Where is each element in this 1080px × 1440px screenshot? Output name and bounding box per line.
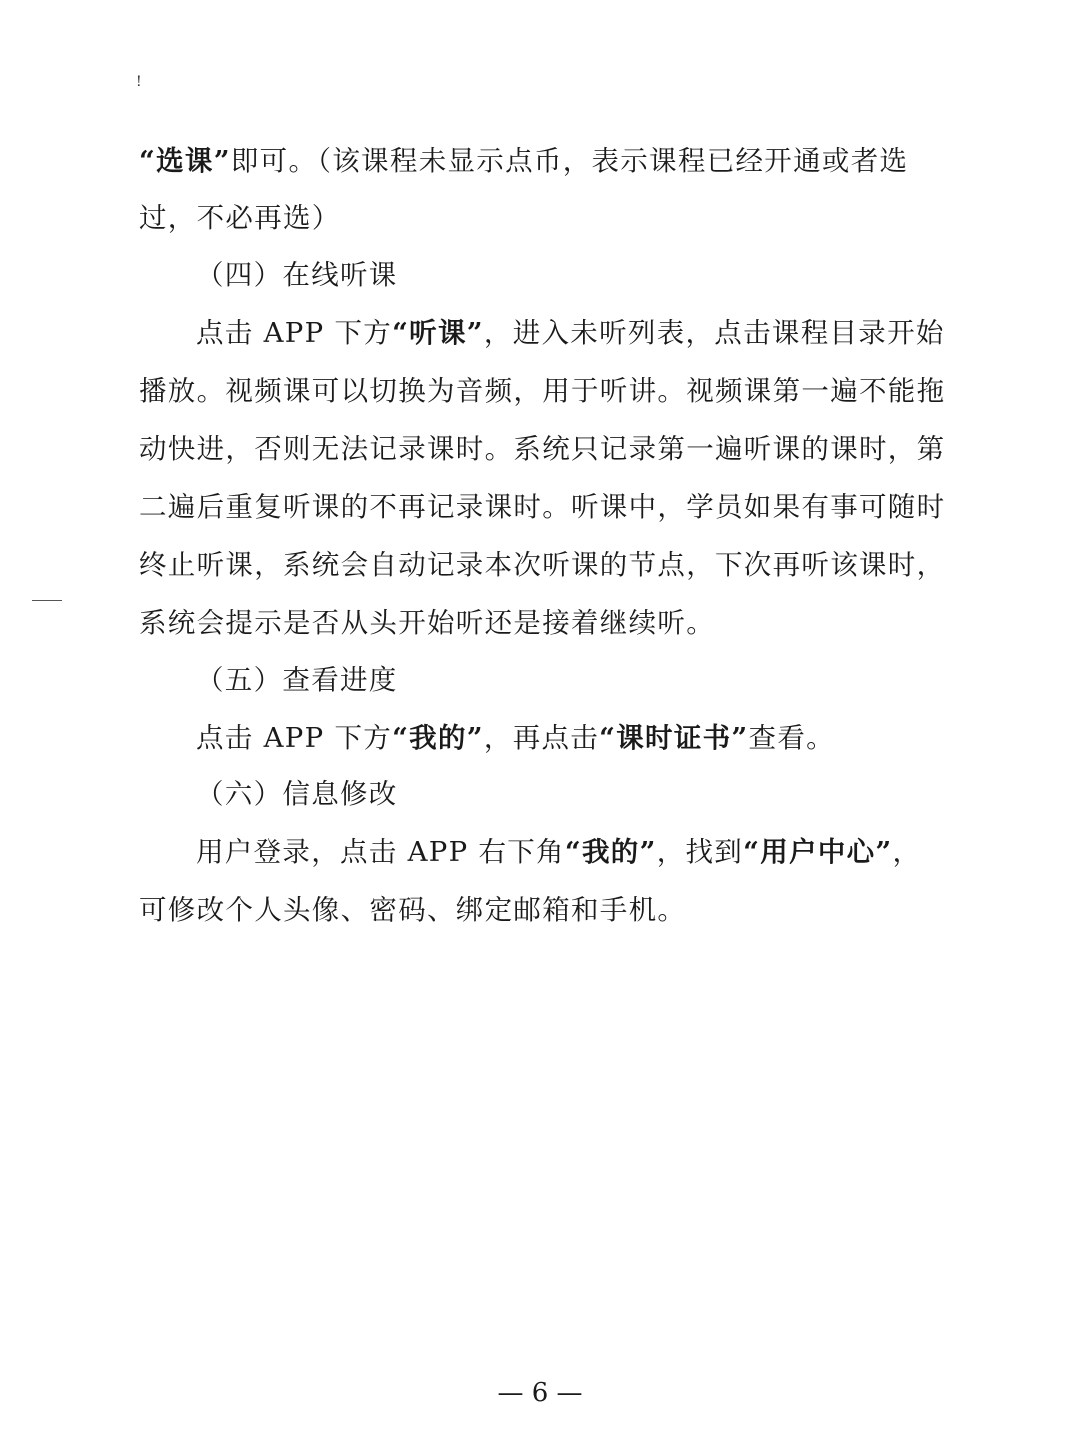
- bold-term-certificate: “课时证书”: [599, 722, 748, 754]
- section4-paragraph-line-6: 系统会提示是否从头开始听还是接着继续听。: [139, 603, 939, 643]
- section-heading-4: （四）在线听课: [196, 255, 996, 295]
- section-heading-6: （六）信息修改: [196, 774, 996, 814]
- section6-paragraph-line-1: 用户登录，点击 APP 右下角“我的”，找到“用户中心”，: [196, 832, 996, 872]
- continuation-line-1: “选课”即可。（该课程未显示点币，表示课程已经开通或者选: [139, 141, 939, 181]
- text: ，找到: [657, 836, 743, 868]
- section4-paragraph-line-1: 点击 APP 下方“听课”，进入未听列表，点击课程目录开始: [196, 313, 996, 353]
- text: 点击 APP 下方: [196, 722, 392, 754]
- document-page: ! “选课”即可。（该课程未显示点币，表示课程已经开通或者选 过，不必再选） （…: [0, 0, 1080, 1440]
- continuation-text: 即可。（该课程未显示点币，表示课程已经开通或者选: [231, 145, 908, 177]
- text: ，再点击: [484, 722, 599, 754]
- bold-term-select-course: 选课: [156, 145, 214, 177]
- stray-scan-mark: !: [136, 74, 142, 90]
- continuation-line-2: 过，不必再选）: [139, 198, 939, 238]
- bold-term-user-center: “用户中心”: [743, 836, 892, 868]
- quote-close: ”: [214, 145, 231, 177]
- text: 查看。: [749, 722, 835, 754]
- section-heading-5: （五）查看进度: [196, 660, 996, 700]
- text: ，进入未听列表，点击课程目录开始: [484, 317, 945, 349]
- bold-term-mine: “我的”: [565, 836, 657, 868]
- section4-paragraph-line-2: 播放。视频课可以切换为音频，用于听讲。视频课第一遍不能拖: [139, 371, 939, 411]
- section4-paragraph-line-4: 二遍后重复听课的不再记录课时。听课中，学员如果有事可随时: [139, 487, 939, 527]
- text: 用户登录，点击 APP 右下角: [196, 836, 565, 868]
- text: ，: [893, 836, 922, 868]
- section4-paragraph-line-3: 动快进，否则无法记录课时。系统只记录第一遍听课的课时，第: [139, 429, 939, 469]
- section4-paragraph-line-5: 终止听课，系统会自动记录本次听课的节点，下次再听该课时，: [139, 545, 939, 585]
- quote-open: “: [139, 145, 156, 177]
- scan-artifact-dash: [32, 600, 62, 601]
- section5-paragraph: 点击 APP 下方“我的”，再点击“课时证书”查看。: [196, 718, 996, 758]
- section6-paragraph-line-2: 可修改个人头像、密码、绑定邮箱和手机。: [139, 890, 939, 930]
- bold-term-mine: “我的”: [392, 722, 484, 754]
- text: 点击 APP 下方: [196, 317, 392, 349]
- page-number: — 6 —: [0, 1378, 1080, 1408]
- bold-term-listen: “听课”: [392, 317, 484, 349]
